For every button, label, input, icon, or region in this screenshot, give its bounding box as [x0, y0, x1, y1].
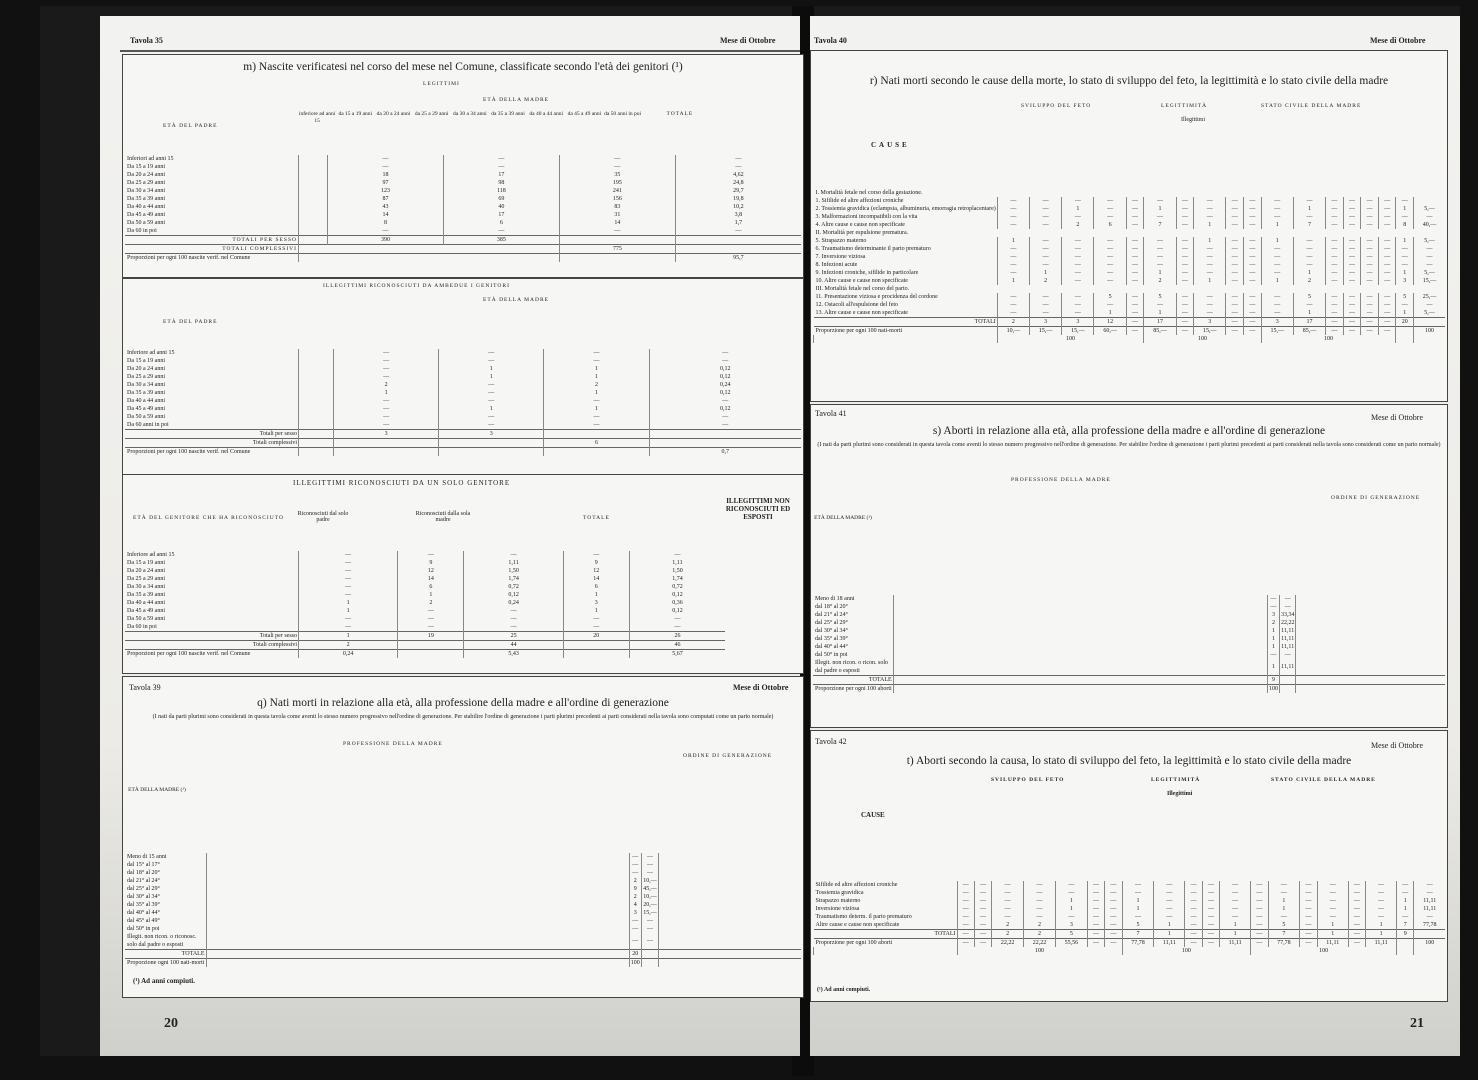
table-cell: — [1154, 897, 1185, 905]
eta-padre-label: ETÀ DEL PADRE [163, 319, 217, 325]
table-cell: 11,11 [1154, 939, 1185, 948]
legittimita-header: LEGITTIMITÀ [1161, 103, 1207, 109]
table-cell [299, 448, 334, 457]
table-cell: Proporzioni per ogni 100 nascite verif. … [125, 650, 299, 659]
table-cell: 3 [1029, 318, 1061, 327]
table-cell: 1 [1267, 643, 1279, 651]
table-cell: Da 45 a 49 anni [125, 211, 299, 219]
table-cell: — [1251, 889, 1268, 897]
table-cell [299, 155, 328, 163]
table-cell: 0,12 [649, 365, 801, 373]
table-cell: TOTALI COMPLESSIVI [125, 245, 299, 254]
totali-complessivi-row: TOTALI COMPLESSIVI775 [125, 245, 801, 254]
table-cell: — [1378, 261, 1396, 269]
table-cell [1414, 335, 1445, 343]
group-heading: II. Mortalità per espulsione prematura. [814, 229, 1446, 237]
table-cell: — [1094, 277, 1126, 285]
table-cell: 1 [1317, 930, 1348, 939]
table-row: 1. Sifilide ed altre affezioni croniche—… [814, 197, 1446, 205]
table-cell: 1,11 [629, 559, 725, 567]
table-cell: Da 15 a 19 anni [125, 163, 299, 171]
table-cell: — [1226, 309, 1244, 318]
table-cell: — [1378, 309, 1396, 318]
table-row: 9. Infezioni croniche, sifilide in parti… [814, 269, 1446, 277]
table-cell: 97 [327, 179, 443, 187]
table-cell: 100 [997, 335, 1144, 343]
table-row: Da 15 a 19 anni———— [125, 163, 801, 171]
table-cell: 1 [1293, 205, 1325, 213]
table-cell: 3 [1062, 318, 1094, 327]
table-cell: — [299, 623, 398, 632]
table-cell: — [1126, 213, 1144, 221]
table-cell: 9 [398, 559, 464, 567]
table-cell: — [1378, 301, 1396, 309]
table-cell [299, 219, 328, 227]
table-m-body: Inferiori ad anni 15———— Da 15 a 19 anni… [125, 155, 801, 262]
table-cell: — [1396, 253, 1414, 261]
table-cell: 0,12 [649, 405, 801, 413]
table-cell: — [1062, 213, 1094, 221]
table-cell: 1 [1396, 237, 1414, 245]
table-cell [299, 203, 328, 211]
table-cell: — [997, 293, 1029, 301]
table-cell: 1,50 [464, 567, 563, 575]
table-row: Strapazzo materno————1——1—————1————111,1… [814, 897, 1446, 905]
table-cell: 1 [1094, 309, 1126, 318]
table-cell: 35 [559, 171, 675, 179]
table-cell: 100 [1144, 335, 1261, 343]
table-row: Da 40 a 44 anni———— [125, 397, 801, 405]
table-cell: — [1029, 213, 1061, 221]
table-cell: 100 [1122, 947, 1251, 955]
table-cell: — [1226, 277, 1244, 285]
table-cell: — [1194, 301, 1226, 309]
table-cell: — [1176, 197, 1194, 205]
table-row: dal 18° al 20°—— [813, 603, 1445, 611]
table-cell: — [1185, 881, 1202, 889]
table-cell: — [439, 357, 544, 365]
table-cell [299, 187, 328, 195]
table-cell: — [1105, 939, 1122, 948]
table-cell: 5,67 [629, 650, 725, 659]
table-cell: 11,11 [1414, 897, 1445, 905]
table-cell: — [1261, 261, 1293, 269]
table-row: Da 50 a 59 anni———— [125, 413, 801, 421]
table-cell: — [1094, 213, 1126, 221]
table-cell: — [1251, 913, 1268, 921]
table-cell: 1,74 [464, 575, 563, 583]
table-row: Da 15 a 19 anni———— [125, 357, 801, 365]
table-cell: 1 [1293, 269, 1325, 277]
table-cell: — [1366, 881, 1397, 889]
right-page: Tavola 40 Mese di Ottobre r) Nati morti … [810, 16, 1460, 1056]
table-cell: 22,22 [992, 939, 1024, 948]
table-cell: 1 [1220, 921, 1251, 930]
table-cell: — [1176, 269, 1194, 277]
table-cell: — [641, 869, 658, 877]
table-cell [893, 635, 1267, 643]
table-cell: — [1176, 213, 1194, 221]
table-cell: — [1126, 327, 1144, 336]
table-cell: — [464, 607, 563, 615]
table-cell: 25 [464, 632, 563, 641]
table-cell: — [1194, 253, 1226, 261]
table-cell: 98 [443, 179, 559, 187]
table-cell: — [1343, 301, 1361, 309]
table-cell [1414, 947, 1445, 955]
table-cell: — [641, 917, 658, 925]
table-cell [641, 950, 658, 959]
table-cell: — [1122, 881, 1154, 889]
eta-madre-label: ETÀ DELLA MADRE [483, 297, 549, 303]
table-cell: — [649, 413, 801, 421]
table-cell [299, 373, 334, 381]
table-cell: 87 [327, 195, 443, 203]
table-cell [649, 430, 801, 439]
table-row: Inversione viziosa————1——1—————1————111,… [814, 905, 1446, 913]
table-cell: 6 [443, 219, 559, 227]
table-cell [299, 236, 328, 245]
table-cell: 1 [1366, 930, 1397, 939]
table-cell [649, 439, 801, 448]
table-row: dal 45° al 49°—— [125, 917, 801, 925]
table-cell [893, 676, 1267, 685]
table-cell: — [1397, 913, 1414, 921]
table-cell: 1 [1220, 930, 1251, 939]
table-q-note: (I nati da parti plurimi sono considerat… [123, 713, 803, 722]
table-cell: — [544, 397, 649, 405]
table-cell: — [1029, 237, 1061, 245]
table-row: 13. Altre cause e cause non specificate—… [814, 309, 1446, 318]
table-cell: — [1244, 221, 1262, 229]
table-cell: 40 [443, 203, 559, 211]
table-cell: — [1029, 205, 1061, 213]
table-cell: dal 35° al 39° [125, 901, 206, 909]
table-cell: 17 [1293, 318, 1325, 327]
table-cell: — [1185, 913, 1202, 921]
table-cell: — [1185, 889, 1202, 897]
table-cell: — [1176, 318, 1194, 327]
table-cell: — [1414, 213, 1445, 221]
page-number-right: 21 [1410, 1016, 1424, 1032]
table-cell: Proporzione ogni 100 nati-morti [125, 959, 206, 968]
table-cell [1414, 318, 1445, 327]
table-cell [544, 430, 649, 439]
table-cell: 77,78 [1122, 939, 1154, 948]
age-col: da 30 a 34 anni [451, 111, 489, 125]
table-cell: 100 [629, 959, 641, 968]
table-cell: — [1279, 595, 1296, 603]
table-row: Illegit. non ricon. o ricon. solo dal pa… [813, 659, 1445, 676]
table-cell [659, 917, 802, 925]
table-cell: — [398, 607, 464, 615]
table-cell: — [997, 197, 1029, 205]
table-cell: Da 35 a 39 anni [125, 195, 299, 203]
table-cell: 12. Ostacoli all'espulsione del feto [814, 301, 998, 309]
table-cell: 1 [563, 607, 629, 615]
table-cell: — [1226, 237, 1244, 245]
table-cell: 12 [1094, 318, 1126, 327]
table-cell: — [1261, 309, 1293, 318]
table-cell: — [1361, 277, 1379, 285]
table-cell: — [1144, 197, 1176, 205]
table-row: 7. Inversione viziosa—————————————————— [814, 253, 1446, 261]
brace-row: 100100100 [814, 335, 1446, 343]
table-cell [659, 909, 802, 917]
table-row: Inferiore ad anni 15————— [125, 551, 725, 559]
table-cell: 2 [1029, 277, 1061, 285]
age-col: da 35 a 39 anni [489, 111, 527, 125]
table-cell: — [1024, 913, 1056, 921]
table-cell: — [1366, 905, 1397, 913]
table-row: Da 40 a 44 anni120,2430,36 [125, 599, 725, 607]
table-cell: — [1343, 197, 1361, 205]
table-cell: 1 [1122, 897, 1154, 905]
table-cell: — [1029, 245, 1061, 253]
table-cell: 6 [398, 583, 464, 591]
table-cell: — [1154, 905, 1185, 913]
tavola-39: Tavola 39 [129, 683, 161, 692]
totale-col: TOTALE [642, 111, 718, 125]
table-cell: — [974, 905, 991, 913]
table-cell: Proporzione per ogni 100 aborti [813, 685, 893, 694]
table-cell: — [1244, 205, 1262, 213]
table-cell: — [1226, 293, 1244, 301]
table-cell: — [1105, 930, 1122, 939]
table-cell: — [334, 421, 439, 430]
table-cell: 5 [1396, 293, 1414, 301]
table-cell: — [439, 421, 544, 430]
table-cell: — [1300, 881, 1317, 889]
table-cell: 1 [1267, 659, 1279, 676]
table-cell: 1 [398, 591, 464, 599]
table-cell: — [299, 615, 398, 623]
table-cell: 11,11 [1279, 659, 1296, 676]
table-cell: — [1317, 913, 1348, 921]
table-cell: 100 [957, 947, 1122, 955]
month-label: Mese di Ottobre [733, 683, 788, 692]
table-cell: — [1300, 921, 1317, 930]
table-row: Proporzione ogni 100 nati-morti100 [125, 959, 801, 968]
table-cell [1279, 685, 1296, 694]
table-cell [559, 236, 675, 245]
table-cell: — [1226, 269, 1244, 277]
table-cell: — [1244, 309, 1262, 318]
table-cell: 12 [398, 567, 464, 575]
table-cell: — [1343, 309, 1361, 318]
table-cell: — [299, 567, 398, 575]
table-cell: 385 [443, 236, 559, 245]
table-row: Inferiori ad anni 15———— [125, 155, 801, 163]
table-cell: dal 50° in poi [125, 925, 206, 933]
table-cell: — [997, 253, 1029, 261]
table-cell: 9 [629, 885, 641, 893]
table-cell: — [1261, 205, 1293, 213]
table-cell [893, 659, 1267, 676]
table-row: Da 45 a 49 anni1——10,12 [125, 607, 725, 615]
table-cell [563, 650, 629, 659]
table-cell: — [1326, 301, 1344, 309]
table-cell: 1 [1261, 221, 1293, 229]
table-cell [299, 211, 328, 219]
table-cell [299, 381, 334, 389]
table-cell: 7 [1397, 921, 1414, 930]
table-cell [893, 619, 1267, 627]
table-cell: 4,62 [675, 171, 801, 179]
table-cell: — [1122, 889, 1154, 897]
table-cell [1397, 939, 1414, 948]
table-cell: — [1194, 261, 1226, 269]
table-cell: 1 [1144, 309, 1176, 318]
table-cell: — [1055, 881, 1087, 889]
table-cell: 1 [544, 405, 649, 413]
table-cell: — [1300, 939, 1317, 948]
table-cell: Illegit. non ricon. o ricon. solo dal pa… [813, 659, 893, 676]
table-row: dal 35° al 39°111,11 [813, 635, 1445, 643]
table-cell: Da 60 anni in poi [125, 421, 299, 430]
table-cell: Strapazzo materno [814, 897, 958, 905]
table-cell: — [675, 155, 801, 163]
section-illeg-both: ILLEGITTIMI RICONOSCIUTI DA AMBEDUE I GE… [323, 283, 510, 289]
table-cell: — [1202, 913, 1219, 921]
table-cell: — [563, 623, 629, 632]
table-cell: — [1244, 237, 1262, 245]
table-cell: — [1144, 213, 1176, 221]
table-cell: — [299, 575, 398, 583]
table-row: Da 60 anni in poi———— [125, 421, 801, 430]
table-cell: — [1268, 889, 1300, 897]
table-row: dal 25° al 29°222,22 [813, 619, 1445, 627]
table-cell: — [1397, 889, 1414, 897]
age-col: da 45 a 49 anni [565, 111, 603, 125]
table-cell: dal 40° al 44° [125, 909, 206, 917]
table-cell: Da 50 a 59 anni [125, 219, 299, 227]
table-cell: — [1244, 269, 1262, 277]
table-row: dal 30° al 34°210,— [125, 893, 801, 901]
table-cell [299, 365, 334, 373]
table-cell: Da 30 a 34 anni [125, 187, 299, 195]
table-cell: — [1317, 889, 1348, 897]
table-cell [206, 885, 629, 893]
table-cell: — [1268, 913, 1300, 921]
table-cell: — [1062, 261, 1094, 269]
month-label: Mese di Ottobre [1371, 413, 1423, 422]
table-cell: — [1226, 197, 1244, 205]
col-padre: Riconosciuti dal solo padre [293, 511, 353, 523]
table-cell: — [1326, 309, 1344, 318]
table-cell: — [1317, 905, 1348, 913]
footnote: (¹) Ad anni compiuti. [133, 977, 195, 985]
table-cell: — [327, 163, 443, 171]
table-cell: — [957, 905, 974, 913]
table-cell: — [1378, 245, 1396, 253]
table-cell [659, 869, 802, 877]
table-cell: 15,— [1029, 327, 1061, 336]
table-cell: 9 [1397, 930, 1414, 939]
table-illeg-one-frame: ILLEGITTIMI RICONOSCIUTI DA UN SOLO GENI… [122, 474, 804, 674]
table-cell: 15,— [641, 909, 658, 917]
table-cell: 1 [1154, 930, 1185, 939]
table-cell: — [1029, 197, 1061, 205]
table-cell: — [327, 155, 443, 163]
table-cell: — [398, 615, 464, 623]
table-cell: Totali per sesso [125, 632, 299, 641]
table-cell: 775 [559, 245, 675, 254]
table-cell: 195 [559, 179, 675, 187]
ordine-header: ORDINE DI GENERAZIONE [683, 753, 772, 759]
table-cell [659, 959, 802, 968]
table-cell: 7 [1293, 221, 1325, 229]
table-cell: — [1194, 245, 1226, 253]
right-header-month: Mese di Ottobre [1370, 36, 1425, 45]
table-cell: 241 [559, 187, 675, 195]
table-cell [544, 448, 649, 457]
table-cell: 1 [1396, 269, 1414, 277]
table-cell: — [1378, 277, 1396, 285]
table-cell [814, 335, 998, 343]
table-cell: — [974, 897, 991, 905]
table-cell: dal 25° al 29° [813, 619, 893, 627]
table-cell: 1 [1029, 269, 1061, 277]
table-cell: — [1348, 897, 1365, 905]
table-illeg-both-body: Inferiore ad anni 15———— Da 15 a 19 anni… [125, 349, 801, 456]
month-label: Mese di Ottobre [1371, 741, 1423, 750]
table-cell: Totali per sesso [125, 430, 299, 439]
table-cell: — [1029, 309, 1061, 318]
table-row: Da 50 a 59 anni86141,7 [125, 219, 801, 227]
table-cell: — [559, 155, 675, 163]
table-cell: — [1348, 921, 1365, 930]
table-cell: — [1293, 213, 1325, 221]
table-cell: 156 [559, 195, 675, 203]
table-cell: — [1094, 301, 1126, 309]
table-cell: — [1244, 245, 1262, 253]
table-cell: — [1326, 327, 1344, 336]
table-row: 100100100 [814, 947, 1446, 955]
table-cell: — [641, 861, 658, 869]
table-cell: 2 [1267, 619, 1279, 627]
table-row: Da 25 a 29 anni979819524,8 [125, 179, 801, 187]
table-cell: — [1397, 881, 1414, 889]
table-cell: — [1202, 905, 1219, 913]
table-illeg-both-frame: ILLEGITTIMI RICONOSCIUTI DA AMBEDUE I GE… [122, 278, 804, 475]
table-cell: 1 [1055, 897, 1087, 905]
table-cell: 22,22 [1024, 939, 1056, 948]
table-cell: 20 [563, 632, 629, 641]
table-cell: — [1185, 939, 1202, 948]
table-cell: — [629, 869, 641, 877]
table-cell: 11,11 [1414, 905, 1445, 913]
table-cell: 1 [1055, 905, 1087, 913]
table-row: Da 20 a 24 anni—121,50121,50 [125, 567, 725, 575]
table-m-title: m) Nascite verificatesi nel corso del me… [123, 61, 803, 73]
table-row: Da 35 a 39 anni—10,1210,12 [125, 591, 725, 599]
table-row: Da 20 a 24 anni1817354,62 [125, 171, 801, 179]
table-cell: — [1126, 301, 1144, 309]
table-cell: — [398, 551, 464, 559]
table-row: Da 35 a 39 anni1—10,12 [125, 389, 801, 397]
table-cell: — [641, 925, 658, 933]
table-row: Proporzione per ogni 100 aborti100 [813, 685, 1445, 694]
table-cell: — [992, 905, 1024, 913]
table-cell: — [629, 551, 725, 559]
table-cell: — [299, 583, 398, 591]
table-cell: Inferiore ad anni 15 [125, 551, 299, 559]
table-cell: — [1126, 269, 1144, 277]
table-cell: — [997, 269, 1029, 277]
table-row: Da 15 a 19 anni—91,1191,11 [125, 559, 725, 567]
table-cell [299, 357, 334, 365]
